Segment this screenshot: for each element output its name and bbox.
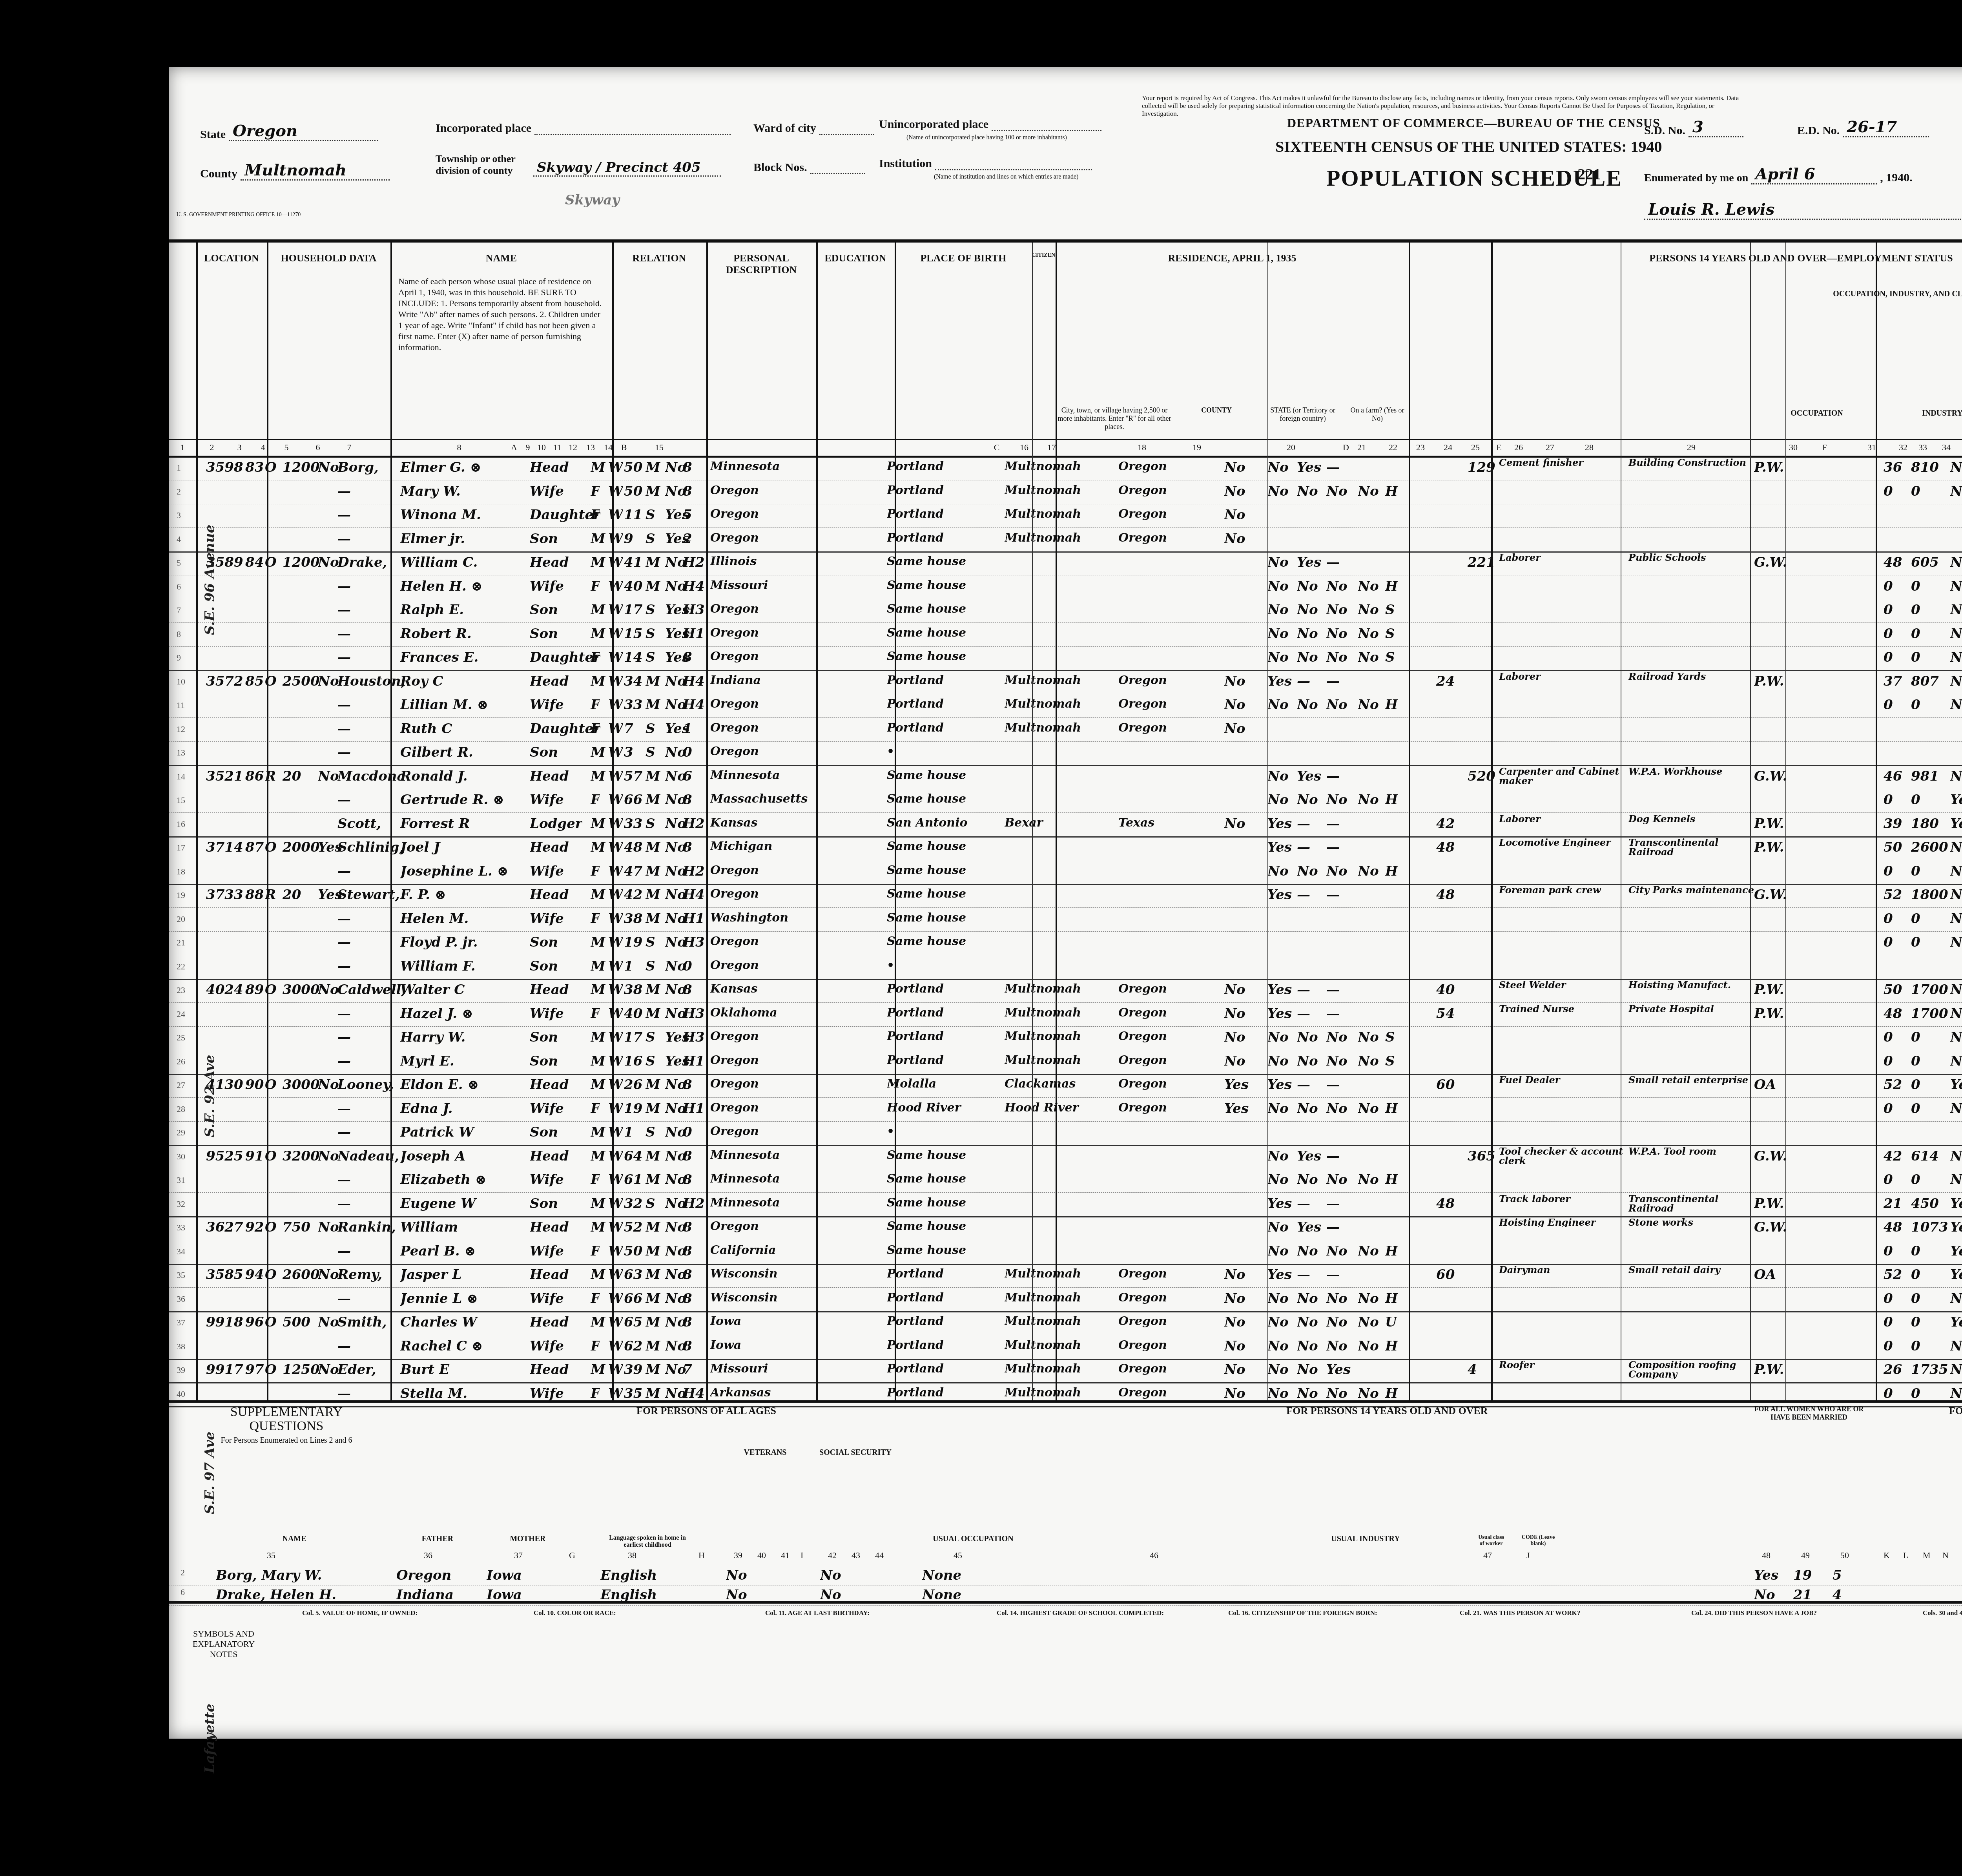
cell-c21: Yes bbox=[1267, 1006, 1292, 1022]
cell-weeks: 0 bbox=[1884, 1386, 1893, 1402]
cell-race: W bbox=[608, 1124, 623, 1140]
column-number: 25 bbox=[1471, 442, 1480, 453]
column-number: 14 bbox=[604, 442, 613, 453]
column-number: 29 bbox=[1687, 442, 1696, 453]
grid-line bbox=[1267, 243, 1268, 1400]
cell-res-state: Oregon bbox=[1118, 1101, 1220, 1115]
cell-age: 50 bbox=[624, 1243, 642, 1259]
cell-relation: Wife bbox=[530, 1338, 564, 1354]
cell-surname: — bbox=[337, 1053, 404, 1069]
cell-relation: Daughter bbox=[530, 721, 600, 737]
cell-age: 11 bbox=[624, 507, 642, 523]
cell-surname: — bbox=[337, 1124, 404, 1140]
cell-c26: 54 bbox=[1436, 1006, 1455, 1022]
cell-other-income: Yes bbox=[1950, 1243, 1962, 1259]
cell-other-income: No bbox=[1950, 934, 1962, 950]
cell-weeks: 26 bbox=[1884, 1362, 1902, 1378]
line-number: 29 bbox=[177, 1128, 185, 1138]
cell-age: 39 bbox=[624, 1362, 642, 1378]
line-number: 16 bbox=[177, 819, 185, 829]
cell-sex: M bbox=[591, 1196, 605, 1212]
cell-wages: 450 bbox=[1911, 1196, 1939, 1212]
cell-res-state: Oregon bbox=[1118, 1314, 1220, 1328]
cell-age: 57 bbox=[624, 768, 642, 784]
cell-weeks: 36 bbox=[1884, 460, 1902, 475]
cell-relation: Son bbox=[530, 745, 558, 760]
cell-relation: Head bbox=[530, 1267, 569, 1283]
cell-weeks: 52 bbox=[1884, 887, 1902, 903]
cell-given: Mary W. bbox=[400, 484, 530, 499]
line-number: 1 bbox=[177, 463, 181, 473]
cell-marital: M bbox=[645, 1267, 660, 1283]
cell-age: 16 bbox=[624, 1053, 642, 1069]
cell-birthplace: Michigan bbox=[710, 839, 875, 853]
supp-cell-mother: Iowa bbox=[487, 1568, 522, 1583]
person-row: 2727413090O3000NoLooney,Eldon E. ⊗HeadMW… bbox=[169, 1074, 1962, 1098]
department-title: DEPARTMENT OF COMMERCE—BUREAU OF THE CEN… bbox=[1287, 116, 1660, 130]
cell-res-state: Oregon bbox=[1118, 1029, 1220, 1043]
cell-value: 3200 bbox=[283, 1148, 320, 1164]
cell-marital: S bbox=[645, 958, 655, 974]
cell-c22: No bbox=[1297, 1386, 1318, 1402]
cell-res-state: Oregon bbox=[1118, 1077, 1220, 1091]
cell-grade: H3 bbox=[683, 934, 705, 950]
cell-marital: M bbox=[645, 578, 660, 594]
cell-hh: 84 bbox=[245, 555, 264, 570]
cell-relation: Wife bbox=[530, 1101, 564, 1117]
population-schedule-grid: LOCATION HOUSEHOLD DATA NAME Name of eac… bbox=[169, 239, 1962, 1403]
cell-sex: M bbox=[591, 1029, 605, 1045]
cell-race: W bbox=[608, 1148, 623, 1164]
cell-c24: No bbox=[1358, 1029, 1379, 1045]
cell-grade: 8 bbox=[683, 1267, 692, 1283]
cell-given: Forrest R bbox=[400, 816, 530, 832]
cell-c23: — bbox=[1326, 1077, 1340, 1093]
cell-other-income: No bbox=[1950, 1172, 1962, 1188]
cell-marital: M bbox=[645, 839, 660, 855]
cell-c23: — bbox=[1326, 1219, 1340, 1235]
cell-age: 17 bbox=[624, 1029, 642, 1045]
cell-house: 3598 bbox=[206, 460, 243, 475]
cell-surname: Stewart, bbox=[337, 887, 404, 903]
cell-industry: Small retail enterprise bbox=[1628, 1075, 1754, 1085]
cell-res-city: Portland bbox=[887, 1267, 1001, 1281]
supp-column-number: N bbox=[1942, 1550, 1949, 1560]
note-heading: Col. 10. COLOR OR RACE: bbox=[534, 1609, 616, 1617]
cell-race: W bbox=[608, 507, 623, 523]
cell-class: G.W. bbox=[1754, 768, 1787, 784]
cell-res-city: Portland bbox=[887, 1029, 1001, 1043]
cell-race: W bbox=[608, 1314, 623, 1330]
person-row: 1616Scott,Forrest RLodgerMW33SNoH2Kansas… bbox=[169, 813, 1962, 838]
cell-relation: Head bbox=[530, 1077, 569, 1093]
cell-wages: 0 bbox=[1911, 650, 1920, 665]
cell-value: 20 bbox=[283, 768, 301, 784]
cell-occupation: Laborer bbox=[1499, 553, 1628, 562]
line-number: 23 bbox=[177, 985, 185, 995]
cell-surname: — bbox=[337, 792, 404, 808]
grid-line bbox=[1750, 243, 1751, 1400]
cell-other-income: Yes bbox=[1950, 1196, 1962, 1212]
cell-sex: M bbox=[591, 1362, 605, 1378]
column-number: A bbox=[511, 442, 517, 453]
cell-c22: — bbox=[1297, 1267, 1310, 1283]
group-relation: RELATION bbox=[612, 243, 707, 439]
cell-res-county: Multnomah bbox=[1005, 673, 1114, 687]
cell-c24: No bbox=[1358, 1172, 1379, 1188]
cell-wages: 1700 bbox=[1911, 982, 1948, 998]
cell-given: William bbox=[400, 1219, 530, 1235]
cell-res-farm: No bbox=[1224, 673, 1245, 689]
cell-age: 15 bbox=[624, 626, 642, 642]
cell-c24: No bbox=[1358, 484, 1379, 499]
cell-grade: H4 bbox=[683, 673, 705, 689]
column-number: F bbox=[1822, 442, 1827, 453]
cell-wages: 0 bbox=[1911, 1267, 1920, 1283]
cell-race: W bbox=[608, 1338, 623, 1354]
cell-marital: M bbox=[645, 1219, 660, 1235]
grid-line bbox=[1032, 243, 1033, 1400]
cell-res-county: Multnomah bbox=[1005, 721, 1114, 735]
cell-surname: — bbox=[337, 484, 404, 499]
cell-c26: 42 bbox=[1436, 816, 1455, 832]
cell-farm: No bbox=[318, 1362, 339, 1378]
cell-c22: Yes bbox=[1297, 555, 1321, 570]
cell-industry: Composition roofing Company bbox=[1628, 1360, 1754, 1379]
cell-house: 3733 bbox=[206, 887, 243, 903]
cell-other-income: Yes bbox=[1950, 1314, 1962, 1330]
cell-surname: — bbox=[337, 721, 404, 737]
line-number: 22 bbox=[177, 962, 185, 972]
person-row: 3131—Elizabeth ⊗WifeFW61MNo8MinnesotaSam… bbox=[169, 1169, 1962, 1193]
supplementary-row: 6Drake, Helen H.IndianaIowaEnglishNoNoNo… bbox=[169, 1586, 1962, 1606]
cell-grade: 8 bbox=[683, 1338, 692, 1354]
cell-res-state: Oregon bbox=[1118, 1362, 1220, 1376]
cell-res-city: Portland bbox=[887, 1053, 1001, 1067]
cell-grade: 8 bbox=[683, 982, 692, 998]
cell-relation: Son bbox=[530, 626, 558, 642]
cell-occupation: Laborer bbox=[1499, 814, 1628, 824]
explanatory-notes: SYMBOLS AND EXPLANATORY NOTES Col. 5. VA… bbox=[169, 1605, 1962, 1739]
cell-c21: Yes bbox=[1267, 887, 1292, 903]
cell-relation: Head bbox=[530, 1148, 569, 1164]
cell-surname: Rankin, bbox=[337, 1219, 404, 1235]
cell-occupation: Carpenter and Cabinet maker bbox=[1499, 767, 1628, 786]
ward-field: Ward of city bbox=[753, 122, 874, 135]
cell-race: W bbox=[608, 1267, 623, 1283]
cell-given: Helen H. ⊗ bbox=[400, 578, 530, 594]
person-row: 3636—Jennie L ⊗WifeFW66MNo8WisconsinPort… bbox=[169, 1288, 1962, 1312]
cell-age: 66 bbox=[624, 1291, 642, 1307]
cell-occupation: Tool checker & account clerk bbox=[1499, 1147, 1628, 1166]
cell-surname: — bbox=[337, 650, 404, 665]
cell-res-farm: No bbox=[1224, 460, 1245, 475]
cell-occupation: Laborer bbox=[1499, 672, 1628, 681]
cell-weeks: 52 bbox=[1884, 1267, 1902, 1283]
line-number: 17 bbox=[177, 843, 185, 853]
cell-sex: M bbox=[591, 602, 605, 618]
cell-res-state: Oregon bbox=[1118, 982, 1220, 996]
cell-marital: M bbox=[645, 1338, 660, 1354]
cell-race: W bbox=[608, 863, 623, 879]
supp-column-number: 35 bbox=[267, 1550, 275, 1560]
cell-birthplace: Kansas bbox=[710, 982, 875, 996]
cell-weeks: 0 bbox=[1884, 578, 1893, 594]
cell-grade: H1 bbox=[683, 1101, 705, 1117]
cell-given: Roy C bbox=[400, 673, 530, 689]
cell-sex: M bbox=[591, 1219, 605, 1235]
cell-surname: Drake, bbox=[337, 555, 404, 570]
cell-c24: No bbox=[1358, 1314, 1379, 1330]
column-number: B bbox=[621, 442, 627, 453]
person-row: 3838—Rachel C ⊗WifeFW62MNo8IowaPortlandM… bbox=[169, 1335, 1962, 1360]
person-row: 11359883O1200NoBorg,Elmer G. ⊗HeadMW50MN… bbox=[169, 456, 1962, 480]
cell-birthplace: Oregon bbox=[710, 697, 875, 711]
person-row: 1717371487O2000YesSchlinig,Joel JHeadMW4… bbox=[169, 836, 1962, 860]
cell-weeks: 50 bbox=[1884, 839, 1902, 855]
cell-age: 52 bbox=[624, 1219, 642, 1235]
cell-wages: 981 bbox=[1911, 768, 1939, 784]
cell-marital: M bbox=[645, 555, 660, 570]
census-title: SIXTEENTH CENSUS OF THE UNITED STATES: 1… bbox=[1275, 137, 1662, 156]
cell-farm: No bbox=[318, 1314, 339, 1330]
cell-res-county: Multnomah bbox=[1005, 697, 1114, 711]
cell-birthplace: Oregon bbox=[710, 1077, 875, 1091]
person-row: 1818—Josephine L. ⊗WifeFW47MNoH2OregonSa… bbox=[169, 860, 1962, 885]
cell-race: W bbox=[608, 839, 623, 855]
cell-other-income: No bbox=[1950, 1101, 1962, 1117]
cell-res-county: Multnomah bbox=[1005, 1314, 1114, 1328]
cell-hh: 86 bbox=[245, 768, 264, 784]
cell-surname: Schlinig, bbox=[337, 839, 404, 855]
cell-hh: 88 bbox=[245, 887, 264, 903]
cell-c25: U bbox=[1385, 1314, 1397, 1330]
supp-section-all-ages: FOR PERSONS OF ALL AGES bbox=[388, 1405, 1024, 1417]
cell-grade: H2 bbox=[683, 555, 705, 570]
cell-relation: Son bbox=[530, 958, 558, 974]
cell-race: W bbox=[608, 887, 623, 903]
cell-marital: S bbox=[645, 1029, 655, 1045]
cell-marital: S bbox=[645, 531, 655, 547]
cell-given: Burt E bbox=[400, 1362, 530, 1378]
cell-age: 63 bbox=[624, 1267, 642, 1283]
cell-c21: No bbox=[1267, 1362, 1289, 1378]
cell-marital: S bbox=[645, 1053, 655, 1069]
cell-given: Ronald J. bbox=[400, 768, 530, 784]
state-field: State Oregon bbox=[200, 122, 378, 141]
cell-given: Elmer G. ⊗ bbox=[400, 460, 530, 475]
cell-value: 2000 bbox=[283, 839, 320, 855]
cell-weeks: 0 bbox=[1884, 1314, 1893, 1330]
cell-res-county: Clackamas bbox=[1005, 1077, 1114, 1091]
cell-marital: M bbox=[645, 1077, 660, 1093]
supp-column-number: 49 bbox=[1801, 1550, 1810, 1560]
cell-relation: Son bbox=[530, 1053, 558, 1069]
cell-c27: 4 bbox=[1468, 1362, 1477, 1378]
cell-given: Gilbert R. bbox=[400, 745, 530, 760]
cell-c21: Yes bbox=[1267, 816, 1292, 832]
cell-marital: M bbox=[645, 1243, 660, 1259]
cell-value: 750 bbox=[283, 1219, 310, 1235]
cell-sex: M bbox=[591, 1053, 605, 1069]
cell-c24: No bbox=[1358, 1291, 1379, 1307]
cell-relation: Wife bbox=[530, 1386, 564, 1402]
note-heading: Col. 24. DID THIS PERSON HAVE A JOB? bbox=[1691, 1609, 1817, 1617]
cell-res-city: Same house bbox=[887, 602, 1001, 616]
ed-field: E.D. No. 26-17 bbox=[1797, 118, 1929, 137]
cell-surname: — bbox=[337, 1006, 404, 1022]
cell-farm: No bbox=[318, 1267, 339, 1283]
cell-c25: S bbox=[1385, 650, 1395, 665]
supp-cell-language: English bbox=[600, 1568, 657, 1583]
cell-wages: 0 bbox=[1911, 1172, 1920, 1188]
cell-c23: — bbox=[1326, 673, 1340, 689]
cell-industry: City Parks maintenance bbox=[1628, 885, 1754, 895]
cell-c22: No bbox=[1297, 578, 1318, 594]
line-number: 15 bbox=[177, 795, 185, 805]
cell-age: 50 bbox=[624, 460, 642, 475]
cell-sex: M bbox=[591, 1314, 605, 1330]
cell-wages: 180 bbox=[1911, 816, 1939, 832]
cell-res-county: Multnomah bbox=[1005, 484, 1114, 497]
cell-race: W bbox=[608, 1006, 623, 1022]
cell-marital: S bbox=[645, 507, 655, 523]
cell-farm: No bbox=[318, 673, 339, 689]
cell-relation: Wife bbox=[530, 1243, 564, 1259]
cell-given: Gertrude R. ⊗ bbox=[400, 792, 530, 808]
cell-sex: F bbox=[591, 1338, 600, 1354]
cell-birthplace: California bbox=[710, 1243, 875, 1257]
cell-wages: 1700 bbox=[1911, 1006, 1948, 1022]
supp-cell-language: English bbox=[600, 1587, 657, 1603]
cell-hh: 91 bbox=[245, 1148, 264, 1164]
cell-sex: F bbox=[591, 1291, 600, 1307]
cell-relation: Wife bbox=[530, 484, 564, 499]
cell-other-income: Yes bbox=[1950, 792, 1962, 808]
cell-other-income: No bbox=[1950, 1029, 1962, 1045]
cell-c23: Yes bbox=[1326, 1362, 1351, 1378]
column-number: 33 bbox=[1918, 442, 1927, 453]
line-number: 7 bbox=[177, 605, 181, 615]
person-row: 2828—Edna J.WifeFW19MNoH1OregonHood Rive… bbox=[169, 1098, 1962, 1122]
cell-sex: F bbox=[591, 1172, 600, 1188]
cell-other-income: No bbox=[1950, 863, 1962, 879]
cell-sex: M bbox=[591, 816, 605, 832]
supplementary-row: 2Borg, Mary W.OregonIowaEnglishNoNoNoneY… bbox=[169, 1566, 1962, 1586]
cell-occupation: Foreman park crew bbox=[1499, 885, 1628, 895]
cell-occupation: Track laborer bbox=[1499, 1194, 1628, 1204]
cell-res-city: Portland bbox=[887, 507, 1001, 521]
line-number: 21 bbox=[177, 938, 185, 948]
cell-birthplace: Minnesota bbox=[710, 460, 875, 473]
cell-c22: Yes bbox=[1297, 768, 1321, 784]
cell-relation: Head bbox=[530, 1219, 569, 1235]
line-number: 4 bbox=[177, 534, 181, 544]
cell-sex: M bbox=[591, 887, 605, 903]
cell-relation: Son bbox=[530, 934, 558, 950]
cell-birthplace: Minnesota bbox=[710, 1172, 875, 1186]
ed-value: 26-17 bbox=[1843, 118, 1929, 137]
cell-res-state: Oregon bbox=[1118, 1386, 1220, 1400]
cell-wages: 1800 bbox=[1911, 887, 1948, 903]
cell-c22: — bbox=[1297, 673, 1310, 689]
cell-race: W bbox=[608, 1219, 623, 1235]
column-number: 17 bbox=[1047, 442, 1056, 453]
cell-weeks: 0 bbox=[1884, 1338, 1893, 1354]
cell-surname: Smith, bbox=[337, 1314, 404, 1330]
cell-res-state: Oregon bbox=[1118, 673, 1220, 687]
cell-c21: Yes bbox=[1267, 1267, 1292, 1283]
cell-farm: No bbox=[318, 555, 339, 570]
supp-column-number: L bbox=[1903, 1550, 1908, 1560]
column-number: 20 bbox=[1287, 442, 1295, 453]
cell-c23: — bbox=[1326, 1196, 1340, 1212]
person-row: 99—Frances E.DaughterFW14SYes8OregonSame… bbox=[169, 646, 1962, 671]
cell-surname: Scott, bbox=[337, 816, 404, 832]
cell-marital: S bbox=[645, 650, 655, 665]
column-number: 7 bbox=[347, 442, 352, 453]
cell-marital: S bbox=[645, 721, 655, 737]
cell-c22: No bbox=[1297, 1314, 1318, 1330]
cell-race: W bbox=[608, 816, 623, 832]
cell-age: 1 bbox=[624, 958, 633, 974]
cell-age: 38 bbox=[624, 911, 642, 927]
cell-given: Myrl E. bbox=[400, 1053, 530, 1069]
cell-industry: Transcontinental Railroad bbox=[1628, 1194, 1754, 1213]
cell-birthplace: Oregon bbox=[710, 1124, 875, 1138]
note-heading: Col. 11. AGE AT LAST BIRTHDAY: bbox=[765, 1609, 870, 1617]
supp-column-number: 38 bbox=[628, 1550, 636, 1560]
cell-weeks: 0 bbox=[1884, 602, 1893, 618]
column-number: 3 bbox=[237, 442, 242, 453]
cell-res-city: Portland bbox=[887, 1314, 1001, 1328]
cell-weeks: 0 bbox=[1884, 934, 1893, 950]
cell-race: W bbox=[608, 721, 623, 737]
cell-other-income: Yes bbox=[1950, 1219, 1962, 1235]
cell-birthplace: Iowa bbox=[710, 1314, 875, 1328]
cell-res-city: • bbox=[887, 1124, 1001, 1138]
cell-c23: No bbox=[1326, 863, 1348, 879]
cell-surname: — bbox=[337, 911, 404, 927]
cell-c25: S bbox=[1385, 626, 1395, 642]
cell-c21: Yes bbox=[1267, 982, 1292, 998]
cell-c22: No bbox=[1297, 650, 1318, 665]
cell-c22: No bbox=[1297, 1362, 1318, 1378]
cell-weeks: 0 bbox=[1884, 1291, 1893, 1307]
cell-hh: 97 bbox=[245, 1362, 264, 1378]
cell-other-income: Yes bbox=[1950, 1267, 1962, 1283]
cell-c25: H bbox=[1385, 578, 1398, 594]
cell-birthplace: Illinois bbox=[710, 555, 875, 568]
cell-class: OA bbox=[1754, 1267, 1776, 1283]
cell-sex: M bbox=[591, 1267, 605, 1283]
line-number: 40 bbox=[177, 1389, 185, 1399]
cell-sex: F bbox=[591, 863, 600, 879]
cell-class: G.W. bbox=[1754, 1148, 1787, 1164]
cell-race: W bbox=[608, 768, 623, 784]
supp-title: SUPPLEMENTARY QUESTIONS For Persons Enum… bbox=[192, 1405, 381, 1447]
cell-c25: H bbox=[1385, 1386, 1398, 1402]
column-number: 2 bbox=[210, 442, 214, 453]
column-number: 15 bbox=[655, 442, 664, 453]
cell-age: 1 bbox=[624, 1124, 633, 1140]
cell-marital: M bbox=[645, 697, 660, 713]
township-field: Township or other division of county Sky… bbox=[436, 153, 742, 177]
cell-occupation: Cement finisher bbox=[1499, 458, 1628, 467]
sd-value: 3 bbox=[1688, 118, 1743, 137]
cell-relation: Lodger bbox=[530, 816, 582, 832]
cell-birthplace: Oklahoma bbox=[710, 1006, 875, 1020]
